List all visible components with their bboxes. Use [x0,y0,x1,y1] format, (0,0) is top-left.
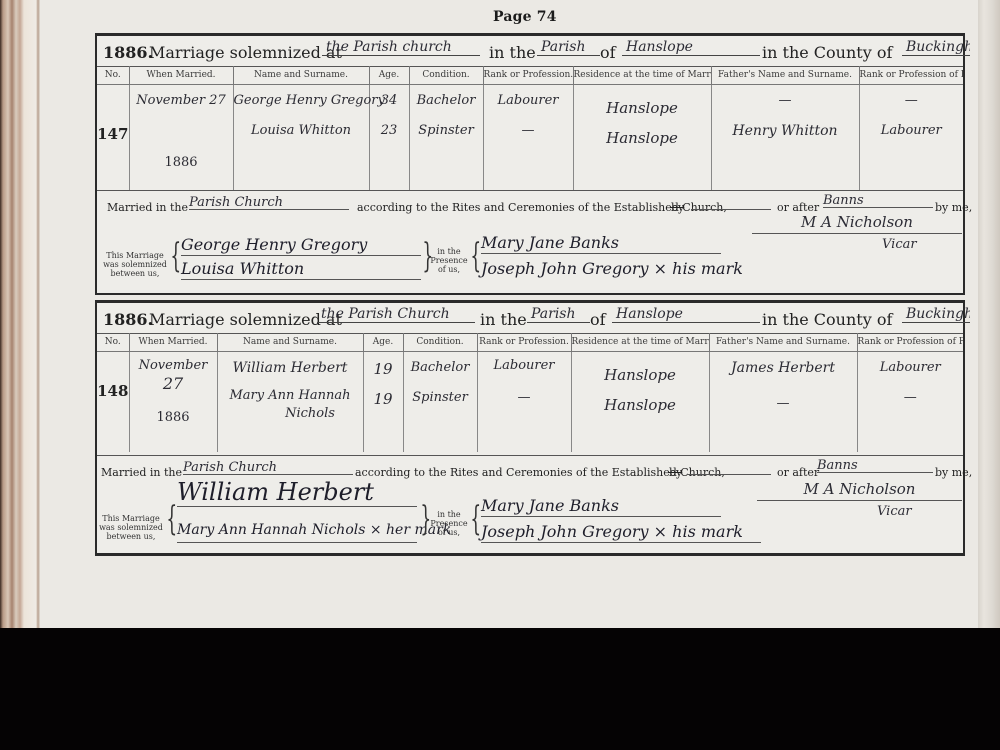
marriage-year: 1886 [130,410,217,425]
marriage-entry-147: 1886. Marriage solemnized at the Parish … [95,33,965,295]
marriage-day: 27 [130,374,217,393]
district-type: Parish [537,39,600,56]
label-by: by [669,466,682,479]
bride-rank: — [478,390,571,405]
groom-father: James Herbert [710,360,857,376]
label-of: of [590,310,606,329]
groom-rank: Labourer [478,358,571,373]
groom-signature: William Herbert [177,478,417,507]
officiant-signature: M A Nicholson [752,213,962,234]
label-by: by [671,201,684,214]
groom-residence: Hanslope [574,99,711,117]
col-no: No. [97,333,129,352]
entry-year: 1886. [103,43,153,62]
bride-name: Louisa Whitton [234,123,369,138]
groom-father-rank: — [860,93,964,108]
col-when-married: When Married. [129,66,233,85]
bride-name: Mary Ann Hannah [218,388,363,403]
officiant-title: Vicar [882,237,917,252]
entry-number: 148 [97,382,129,400]
marriage-place: the Parish church [322,39,480,56]
table-row: 148 November 27 1886 William Herbert Mar… [97,352,963,452]
col-no: No. [97,66,129,85]
label-in-the: in the [489,43,536,62]
register-table: No. When Married. Name and Surname. Age.… [97,66,963,190]
witness-2-signature: Joseph John Gregory × his mark [481,522,761,543]
bride-signature: Mary Ann Hannah Nichols × her mark [177,522,417,543]
entry-headline: 1886. Marriage solemnized at the Parish … [97,36,963,67]
label-in-the: in the [480,310,527,329]
bride-signature: Louisa Whitton [181,259,421,280]
county: Buckingham [902,306,970,323]
by-value [691,195,771,210]
label-solemnized-at: Marriage solemnized at [149,310,342,329]
by-value [687,460,771,475]
label-this-marriage: This Marriage was solemnized between us, [103,251,167,278]
book-binding [0,0,40,628]
married-in-value: Parish Church [183,460,353,475]
register-photo: Page 74 1886. Marriage solemnized at the… [0,0,1000,628]
col-name: Name and Surname. [217,333,363,352]
label-married-in: Married in the [107,201,188,214]
witness-2-signature: Joseph John Gregory × his mark [481,259,781,279]
col-name: Name and Surname. [233,66,369,85]
col-residence: Residence at the time of Marriage. [573,66,711,85]
district-type: Parish [527,306,590,323]
label-presence: in the Presence of us, [429,510,469,537]
marriage-month: November [130,358,217,373]
marriage-place: the Parish Church [317,306,475,323]
bride-father-rank: Labourer [860,123,964,138]
entry-number: 147 [97,125,129,143]
col-when-married: When Married. [129,333,217,352]
groom-name: William Herbert [218,360,363,376]
officiant-signature: M A Nicholson [757,480,962,501]
district: Hanslope [612,306,760,323]
bride-rank: — [484,123,573,138]
page-edge [978,0,1000,628]
label-this-marriage: This Marriage was solemnized between us, [99,514,163,541]
label-county: in the County of [762,43,892,62]
col-age: Age. [369,66,409,85]
witness-1-signature: Mary Jane Banks [481,233,721,254]
or-after-value: Banns [823,193,933,208]
brace-left: { [170,239,181,273]
label-county: in the County of [762,310,892,329]
groom-age: 19 [364,360,403,378]
groom-rank: Labourer [484,93,573,108]
groom-condition: Bachelor [410,93,483,108]
bride-condition: Spinster [410,123,483,138]
col-rank: Rank or Profession. [483,66,573,85]
col-residence: Residence at the time of Marriage. [571,333,709,352]
bride-father-rank: — [858,390,964,405]
brace-witness: { [470,239,481,273]
bride-residence: Hanslope [572,396,709,414]
bride-father: — [710,396,857,411]
label-solemnized-at: Marriage solemnized at [149,43,342,62]
officiant-title: Vicar [877,504,912,519]
groom-father-rank: Labourer [858,360,964,375]
bride-age: 23 [370,123,409,138]
label-married-in: Married in the [101,466,182,479]
label-by-me: by me, [935,466,972,479]
col-age: Age. [363,333,403,352]
groom-age: 34 [370,93,409,108]
marriage-date: November 27 [130,93,233,108]
groom-name: George Henry Gregory [234,93,369,108]
col-father-name: Father's Name and Surname. [709,333,857,352]
entry-year: 1886. [103,310,153,329]
groom-father: — [712,93,859,108]
col-rank: Rank or Profession. [477,333,571,352]
register-table: No. When Married. Name and Surname. Age.… [97,333,963,452]
bride-father: Henry Whitton [712,123,859,139]
label-presence: in the Presence of us, [429,247,469,274]
married-in-value: Parish Church [189,195,349,210]
column-headers: No. When Married. Name and Surname. Age.… [97,333,963,352]
label-of: of [600,43,616,62]
witness-1-signature: Mary Jane Banks [481,496,721,517]
brace-witness: { [470,502,481,536]
district: Hanslope [622,39,760,56]
bride-condition: Spinster [404,390,477,405]
brace-left: { [166,502,177,536]
or-after-value: Banns [817,458,933,473]
page-number: Page 74 [493,9,557,25]
column-headers: No. When Married. Name and Surname. Age.… [97,66,963,85]
table-row: 147 November 27 1886 George Henry Gregor… [97,85,963,190]
bride-age: 19 [364,390,403,408]
solemnization-section: Married in the Parish Church according t… [97,190,963,295]
bride-residence: Hanslope [574,129,711,147]
col-father-rank: Rank or Profession of Father [857,333,963,352]
groom-signature: George Henry Gregory [181,235,421,256]
bride-surname: Nichols [258,406,363,421]
marriage-entry-148: 1886. Marriage solemnized at the Parish … [95,300,965,556]
groom-condition: Bachelor [404,360,477,375]
county: Buckingham [902,39,970,56]
entry-headline: 1886. Marriage solemnized at the Parish … [97,303,963,334]
col-condition: Condition. [403,333,477,352]
col-condition: Condition. [409,66,483,85]
solemnization-section: Married in the Parish Church according t… [97,455,963,556]
col-father-name: Father's Name and Surname. [711,66,859,85]
label-or-after: or after [777,466,819,479]
groom-residence: Hanslope [572,366,709,384]
marriage-year: 1886 [130,155,233,170]
col-father-rank: Rank or Profession of Father [859,66,963,85]
